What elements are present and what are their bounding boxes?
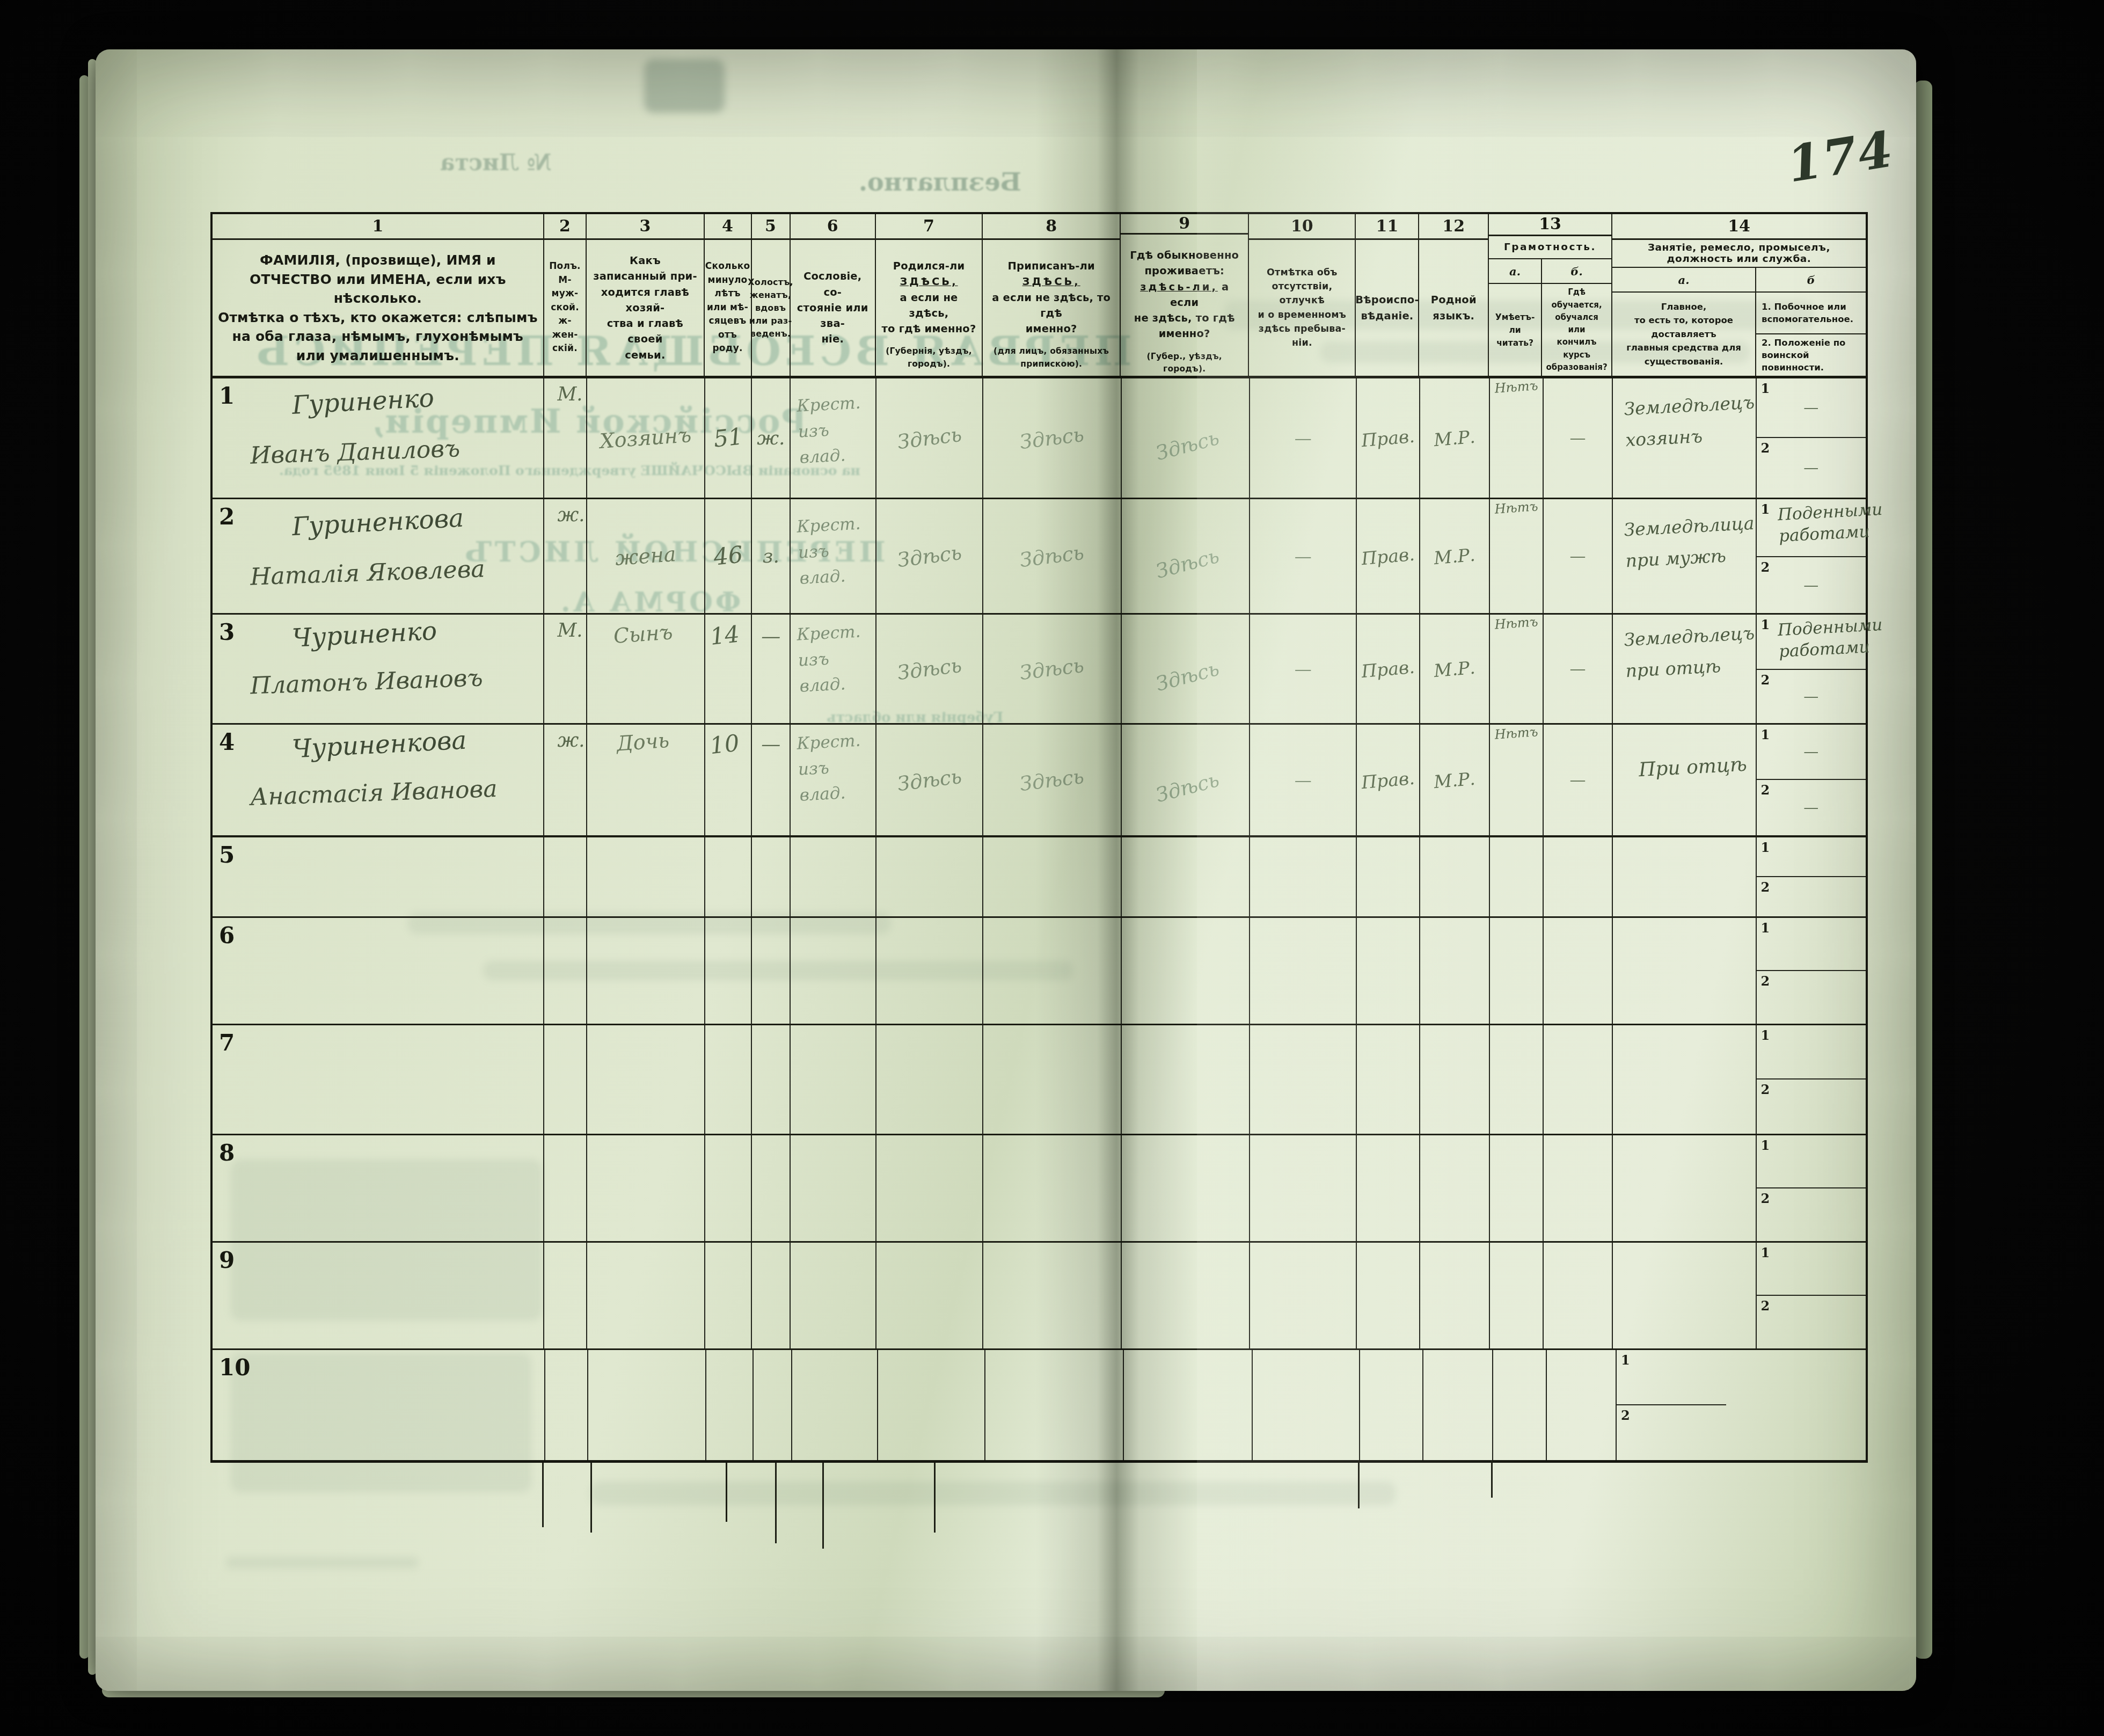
cell-estate — [791, 1025, 876, 1134]
absence-mark: — — [1250, 615, 1356, 723]
surname-handwritten: Гуриненко — [291, 383, 435, 420]
side-occupation-1: 1Поденными работами — [1757, 499, 1866, 556]
cell-registered — [983, 1135, 1121, 1241]
cell-relation: Сынъ — [587, 615, 705, 723]
cell-religion — [1357, 1135, 1420, 1241]
sub-label-2: 2 — [1621, 1407, 1630, 1423]
table-row: 9 1 2 — [213, 1243, 1866, 1350]
language-handwritten: М.Р. — [1415, 376, 1494, 500]
cell-sex: М. — [544, 615, 587, 723]
side1-handwritten: Поденными работами — [1777, 499, 1884, 548]
side2-mark: — — [1757, 780, 1866, 835]
cell-residence — [1122, 918, 1250, 1024]
cell-estate: Крест. изъ влад. — [791, 378, 876, 498]
header-col-estate: 6 Сословіе, со- стояніе или зва- ніе. — [791, 214, 876, 376]
cell-occupation-side: 1 2 — [1757, 1025, 1866, 1134]
cell-residence: Здѣсь — [1122, 615, 1250, 723]
occupation-b1: 1. Побочное или вспомогательное. — [1756, 293, 1866, 333]
side-occupation-1: 1— — [1757, 725, 1866, 780]
col-number-8: 8 — [983, 214, 1120, 240]
cell-occupation-main — [1613, 837, 1756, 916]
reads-handwritten: Нѣтъ — [1494, 614, 1538, 632]
cell-estate — [791, 1243, 876, 1348]
table-row: 2 Гуриненкова Наталія Яковлева ж. жена 4… — [213, 499, 1866, 615]
cell-occupation-main — [1613, 1025, 1756, 1134]
table-row: 8 1 2 — [213, 1135, 1866, 1243]
cell-age — [705, 1243, 753, 1348]
age-handwritten: 46 — [699, 497, 757, 615]
cell-education: — — [1544, 499, 1613, 613]
cell-name — [246, 1243, 545, 1348]
surname-handwritten: Чуриненко — [291, 616, 438, 653]
birthplace-handwritten: Здѣсь — [870, 609, 989, 730]
side-occupation-2: 2— — [1757, 669, 1866, 723]
occupation-b-label: б — [1756, 268, 1866, 293]
cell-education — [1544, 1135, 1613, 1241]
cell-reads: Нѣтъ — [1490, 378, 1544, 498]
cell-birthplace: Здѣсь — [876, 725, 983, 835]
cell-registered — [985, 1350, 1124, 1460]
occupation-a-text: Главное, то есть то, которое доставляетъ… — [1612, 293, 1755, 376]
cell-relation: жена — [587, 499, 705, 613]
side2-mark: — — [1757, 557, 1866, 613]
cell-language — [1420, 1135, 1490, 1241]
cell-education — [1544, 1243, 1613, 1348]
cell-estate — [791, 918, 876, 1024]
table-row: 10 1 2 — [213, 1350, 1866, 1460]
col-number-1: 1 — [213, 214, 543, 240]
header-col-sex: 2 Полъ. М-муж- ской. ж-жен- скій. — [544, 214, 587, 376]
cell-age — [705, 1025, 753, 1134]
row-number: 1 — [219, 383, 235, 409]
cell-registered: Здѣсь — [983, 378, 1121, 498]
col-number-13: 13 — [1489, 214, 1611, 236]
cell-occupation-side: 1 2 — [1757, 1243, 1866, 1348]
cell-religion — [1357, 1025, 1420, 1134]
cell-education — [1547, 1350, 1617, 1460]
cell-row-number: 8 — [213, 1135, 246, 1241]
col-label-age: Сколько минуло лѣтъ или мѣ- сяцевъ отъ р… — [705, 240, 751, 376]
row-number: 9 — [219, 1247, 235, 1273]
age-handwritten: 10 — [699, 723, 757, 837]
table-line-stub — [542, 1463, 544, 1527]
sub-label-1: 1 — [1761, 617, 1770, 632]
cell-sex — [544, 837, 587, 916]
age-handwritten: 14 — [699, 612, 756, 725]
cell-estate — [792, 1350, 878, 1460]
side-occupation-1: 1 — [1757, 1135, 1866, 1188]
cell-birthplace — [878, 1350, 985, 1460]
literacy-a-label: a. — [1489, 259, 1541, 284]
crest-bleed — [644, 59, 725, 113]
cell-age — [705, 1135, 753, 1241]
registered-handwritten: Здѣсь — [977, 717, 1127, 843]
sex-handwritten: ж. — [557, 505, 585, 526]
bleed-smudge — [225, 1557, 419, 1569]
cell-row-number: 10 — [213, 1350, 246, 1460]
cell-row-number: 6 — [213, 918, 246, 1024]
cell-absence — [1250, 1025, 1357, 1134]
cell-residence — [1122, 1243, 1250, 1348]
residence-handwritten: Здѣсь — [1112, 717, 1263, 857]
col-number-7: 7 — [876, 214, 982, 240]
cell-estate: Крест. изъ влад. — [791, 615, 876, 723]
side-occupation-1: 1— — [1757, 378, 1866, 438]
cell-residence: Здѣсь — [1122, 499, 1250, 613]
col-label-registered: Приписанъ-ли ЗДѢСЬ, а если не здѣсь, то … — [983, 240, 1120, 376]
cell-age — [705, 837, 753, 916]
cell-relation: Хозяинъ — [587, 378, 705, 498]
given-name-handwritten: Анастасія Иванова — [250, 775, 498, 811]
cell-occupation-main: Земледѣлица при мужѣ — [1613, 499, 1756, 613]
cell-name — [246, 837, 545, 916]
cell-occupation-main — [1613, 1135, 1756, 1241]
header-col-language: 12 Родной языкъ. — [1419, 214, 1489, 376]
birthplace-text: Родился-ли — [893, 260, 965, 272]
marital-handwritten: — — [752, 725, 790, 835]
cell-language — [1420, 1243, 1490, 1348]
sub-label-2: 2 — [1761, 879, 1770, 895]
cell-age — [706, 1350, 754, 1460]
header-col-literacy: 13 Грамотность. a. Умѣетъ- ли читать? б.… — [1489, 214, 1612, 376]
cell-marital — [752, 1135, 791, 1241]
cell-birthplace — [876, 837, 983, 916]
sub-label-2: 2 — [1761, 973, 1770, 989]
cell-language — [1423, 1350, 1493, 1460]
cell-name: Гуриненкова Наталія Яковлева — [246, 499, 545, 613]
cell-name: Чуриненкова Анастасія Иванова — [246, 725, 545, 835]
residence-handwritten: Здѣсь — [1111, 492, 1263, 634]
registered-handwritten: Здѣсь — [977, 370, 1127, 505]
cell-birthplace — [876, 918, 983, 1024]
marital-handwritten: ж. — [752, 378, 790, 498]
row-number: 8 — [219, 1140, 235, 1166]
reads-handwritten: Нѣтъ — [1494, 724, 1538, 742]
cell-occupation-side: 1Поденными работами 2— — [1757, 499, 1866, 613]
side-occupation-1: 1Поденными работами — [1757, 615, 1866, 669]
side2-mark: — — [1757, 438, 1866, 498]
cell-registered — [983, 837, 1121, 916]
education-mark: — — [1544, 499, 1612, 613]
col-label-language: Родной языкъ. — [1419, 240, 1488, 376]
table-line-stub — [590, 1463, 592, 1533]
cell-marital — [752, 837, 791, 916]
cell-occupation-side: 1 2 — [1757, 837, 1866, 916]
marital-handwritten: — — [752, 615, 790, 723]
occupation-b-text: 1. Побочное или вспомогательное. 2. Поло… — [1756, 293, 1866, 376]
registered-text: Приписанъ-ли — [1007, 260, 1094, 272]
col-number-2: 2 — [544, 214, 586, 240]
cell-education — [1544, 918, 1613, 1024]
col-number-5: 5 — [752, 214, 790, 240]
occupation-handwritten: Земледѣлица при мужѣ — [1623, 508, 1757, 577]
ghost-sheet-number-label: № Листа — [440, 149, 551, 176]
cell-occupation-main: При отцѣ — [1613, 725, 1756, 835]
cell-marital — [752, 1243, 791, 1348]
cell-occupation-side: 1 2 — [1617, 1350, 1726, 1460]
cell-language: М.Р. — [1420, 725, 1490, 835]
header-col-age: 4 Сколько минуло лѣтъ или мѣ- сяцевъ отъ… — [705, 214, 752, 376]
birthplace-rest: а если не здѣсь, то гдѣ именно? — [882, 291, 976, 335]
absence-mark: — — [1250, 725, 1356, 835]
occupation-handwritten: Земледѣлецъ хозяинъ — [1623, 387, 1757, 456]
side-occupation-2: 2 — [1617, 1405, 1726, 1461]
cell-relation — [587, 918, 705, 1024]
registered-handwritten: Здѣсь — [977, 607, 1127, 731]
table-row: 5 1 2 — [213, 837, 1866, 918]
cell-residence — [1122, 837, 1250, 916]
language-handwritten: М.Р. — [1415, 722, 1493, 838]
cell-occupation-side: 1 2 — [1757, 1135, 1866, 1241]
sub-label-2: 2 — [1761, 1298, 1770, 1314]
estate-handwritten: Крест. изъ влад. — [797, 389, 878, 470]
table-line-stub — [775, 1463, 777, 1543]
reads-handwritten: Нѣтъ — [1494, 499, 1538, 517]
header-col-birthplace: 7 Родился-ли ЗДѢСЬ, а если не здѣсь, то … — [876, 214, 983, 376]
cell-absence: — — [1250, 615, 1357, 723]
page-stack-edge-right — [1914, 81, 1932, 1659]
col-number-11: 11 — [1356, 214, 1418, 240]
header-col-relation: 3 Какъ записанный при- ходится главѣ хоз… — [587, 214, 704, 376]
cell-estate — [791, 837, 876, 916]
reads-handwritten: Нѣтъ — [1494, 378, 1538, 396]
cell-language — [1420, 837, 1490, 916]
header-col-absence: 10 Отмѣтка объ отсутствіи, отлучкѣ и о в… — [1249, 214, 1356, 376]
estate-handwritten: Крест. изъ влад. — [797, 727, 878, 808]
cell-registered — [983, 1243, 1121, 1348]
cell-education — [1544, 837, 1613, 916]
cell-education: — — [1544, 378, 1613, 498]
cell-residence — [1124, 1350, 1253, 1460]
cell-residence — [1122, 1025, 1250, 1134]
cell-marital: — — [752, 725, 791, 835]
age-handwritten: 51 — [699, 376, 757, 500]
table-row: 1 Гуриненко Иванъ Даниловъ М. Хозяинъ 51… — [213, 378, 1866, 499]
residence-handwritten: Здѣсь — [1111, 371, 1265, 520]
cell-sex: ж. — [544, 499, 587, 613]
side2-mark: — — [1757, 670, 1866, 723]
occupation-b2: 2. Положеніе по воинской повинности. — [1756, 334, 1866, 376]
row-number: 3 — [219, 619, 235, 645]
cell-age: 10 — [705, 725, 753, 835]
cell-name — [246, 1135, 545, 1241]
side-occupation-2: 2 — [1757, 1296, 1866, 1349]
cell-residence: Здѣсь — [1122, 378, 1250, 498]
cell-reads — [1490, 837, 1544, 916]
cell-marital — [752, 918, 791, 1024]
absence-mark: — — [1250, 378, 1356, 498]
table-row: 3 Чуриненко Платонъ Ивановъ М. Сынъ 14 —… — [213, 615, 1866, 725]
birthplace-note: (Губернія, уѣздъ, городъ). — [880, 345, 977, 370]
cell-row-number: 5 — [213, 837, 246, 916]
col-number-3: 3 — [587, 214, 703, 240]
col-label-birthplace: Родился-ли ЗДѢСЬ, а если не здѣсь, то гд… — [876, 240, 982, 376]
religion-handwritten: Прав. — [1353, 612, 1424, 725]
religion-handwritten: Прав. — [1352, 376, 1424, 500]
cell-relation — [588, 1350, 706, 1460]
cell-occupation-main — [1613, 1243, 1756, 1348]
sex-handwritten: М. — [557, 620, 582, 641]
surname-handwritten: Гуриненкова — [291, 504, 465, 542]
cell-occupation-side: 1— 2— — [1757, 378, 1866, 498]
religion-handwritten: Прав. — [1352, 497, 1424, 615]
sub-label-1: 1 — [1761, 840, 1770, 855]
cell-religion: Прав. — [1357, 725, 1420, 835]
cell-absence: — — [1250, 499, 1357, 613]
cell-education — [1544, 1025, 1613, 1134]
header-col-residence: 9 Гдѣ обыкновенно проживаетъ: здѣсь-ли, … — [1121, 214, 1249, 376]
cell-residence: Здѣсь — [1122, 725, 1250, 835]
residence-note: (Губер., уѣздъ, городъ). — [1125, 351, 1244, 376]
cell-language — [1420, 918, 1490, 1024]
cell-registered: Здѣсь — [983, 615, 1121, 723]
cell-registered — [983, 918, 1121, 1024]
occupation-title: Занятіе, ремесло, промыселъ, должность и… — [1612, 240, 1866, 268]
side1-handwritten: Поденными работами — [1777, 614, 1884, 663]
row-number: 5 — [219, 842, 235, 868]
col-label-estate: Сословіе, со- стояніе или зва- ніе. — [791, 240, 875, 376]
relation-handwritten: жена — [583, 495, 708, 617]
cell-reads — [1493, 1350, 1547, 1460]
col-label-residence: Гдѣ обыкновенно проживаетъ: здѣсь-ли, а … — [1121, 235, 1248, 378]
registered-note: (для лицъ, обязанныхъ припискою). — [987, 345, 1115, 370]
side-occupation-1: 1 — [1757, 837, 1866, 877]
cell-occupation-main: Земледѣлецъ хозяинъ — [1613, 378, 1756, 498]
cell-occupation-side: 1Поденными работами 2— — [1757, 615, 1866, 723]
cell-marital: з. — [752, 499, 791, 613]
cell-sex — [544, 1135, 587, 1241]
cell-birthplace — [876, 1135, 983, 1241]
cell-birthplace: Здѣсь — [876, 378, 983, 498]
ghost-free-of-charge: Безплатно. — [859, 167, 1021, 196]
cell-estate: Крест. изъ влад. — [791, 499, 876, 613]
residence-text: Гдѣ обыкновенно проживаетъ: — [1130, 249, 1239, 277]
cell-birthplace — [876, 1243, 983, 1348]
cell-registered: Здѣсь — [983, 499, 1121, 613]
table-row: 6 1 2 — [213, 918, 1866, 1025]
birthplace-handwritten: Здѣсь — [870, 373, 989, 504]
registered-rest: а если не здѣсь, то гдѣ именно? — [992, 291, 1111, 335]
header-col-registered: 8 Приписанъ-ли ЗДѢСЬ, а если не здѣсь, т… — [983, 214, 1121, 376]
bleed-smudge — [590, 1482, 1396, 1505]
estate-handwritten: Крест. изъ влад. — [797, 618, 878, 699]
cell-reads — [1490, 918, 1544, 1024]
col-number-10: 10 — [1249, 214, 1355, 240]
sub-label-1: 1 — [1761, 1027, 1770, 1043]
cell-language: М.Р. — [1420, 499, 1490, 613]
birthplace-handwritten: Здѣсь — [870, 719, 989, 842]
cell-registered — [983, 1025, 1121, 1134]
cell-row-number: 2 — [213, 499, 246, 613]
religion-handwritten: Прав. — [1353, 722, 1424, 837]
col-label-sex: Полъ. М-муж- ской. ж-жен- скій. — [544, 240, 586, 376]
literacy-b-label: б. — [1542, 259, 1611, 284]
side-occupation-2: 2— — [1757, 556, 1866, 613]
cell-sex: М. — [544, 378, 587, 498]
cell-age: 14 — [705, 615, 753, 723]
cell-occupation-side: 1— 2— — [1757, 725, 1866, 835]
education-mark: — — [1544, 378, 1612, 498]
col-number-14: 14 — [1612, 214, 1866, 240]
cell-reads — [1490, 1135, 1544, 1241]
cell-marital — [752, 1025, 791, 1134]
cell-name: Чуриненко Платонъ Ивановъ — [246, 615, 545, 723]
row-number: 6 — [219, 922, 235, 949]
col-label-absence: Отмѣтка объ отсутствіи, отлучкѣ и о врем… — [1249, 240, 1355, 376]
cell-occupation-main: Земледѣлецъ при отцѣ — [1613, 615, 1756, 723]
cell-absence — [1250, 837, 1357, 916]
cell-sex — [545, 1350, 588, 1460]
side-occupation-1: 1 — [1757, 1243, 1866, 1296]
cell-age: 51 — [705, 378, 753, 498]
cell-absence — [1253, 1350, 1360, 1460]
cell-sex — [544, 1243, 587, 1348]
table-row: 7 1 2 — [213, 1025, 1866, 1135]
estate-handwritten: Крест. изъ влад. — [797, 510, 878, 591]
registered-handwritten: Здѣсь — [977, 491, 1127, 621]
sub-label-1: 1 — [1761, 1137, 1770, 1153]
language-handwritten: М.Р. — [1416, 612, 1494, 726]
cell-reads: Нѣтъ — [1490, 499, 1544, 613]
side1-mark: — — [1757, 378, 1866, 437]
side-occupation-1: 1 — [1617, 1350, 1726, 1405]
col-label-relation: Какъ записанный при- ходится главѣ хозяй… — [587, 240, 703, 376]
cell-sex — [544, 1025, 587, 1134]
cell-name: Гуриненко Иванъ Даниловъ — [246, 378, 545, 498]
cell-religion — [1357, 918, 1420, 1024]
header-col-name: 1 ФАМИЛІЯ, (прозвище), ИМЯ и ОТЧЕСТВО ил… — [213, 214, 544, 376]
cell-absence — [1250, 1135, 1357, 1241]
occupation-a-label: a. — [1612, 268, 1755, 293]
cell-estate — [791, 1135, 876, 1241]
table-line-stub — [822, 1463, 824, 1549]
cell-absence: — — [1250, 378, 1357, 498]
table-line-stub — [1491, 1460, 1493, 1498]
cell-education: — — [1544, 615, 1613, 723]
col-number-9: 9 — [1121, 214, 1248, 235]
cell-birthplace: Здѣсь — [876, 499, 983, 613]
relation-handwritten: Дочь — [583, 721, 707, 840]
side-occupation-1: 1 — [1757, 1025, 1866, 1079]
cell-relation: Дочь — [587, 725, 705, 835]
row-number: 7 — [219, 1030, 235, 1056]
table-line-stub — [934, 1463, 936, 1533]
cell-age — [705, 918, 753, 1024]
header-col-marital: 5 Холостъ, женатъ, вдовъ или раз- веденъ… — [752, 214, 791, 376]
registered-here: ЗДѢСЬ, — [1022, 275, 1080, 288]
cell-reads: Нѣтъ — [1490, 615, 1544, 723]
cell-sex — [544, 918, 587, 1024]
side-occupation-2: 2 — [1757, 1188, 1866, 1242]
literacy-title: Грамотность. — [1489, 236, 1611, 260]
cell-religion: Прав. — [1357, 499, 1420, 613]
cell-absence: — — [1250, 725, 1357, 835]
cell-name — [246, 1025, 545, 1134]
side-occupation-1: 1 — [1757, 918, 1866, 971]
occupation-handwritten: Земледѣлецъ при отцѣ — [1623, 618, 1757, 687]
col-label-religion: Вѣроиспо- вѣданіе. — [1356, 240, 1418, 376]
education-mark: — — [1544, 615, 1612, 723]
cell-religion — [1357, 1243, 1420, 1348]
header-col-occupation: 14 Занятіе, ремесло, промыселъ, должност… — [1612, 214, 1866, 376]
side-occupation-2: 2 — [1757, 971, 1866, 1024]
table-row: 4 Чуриненкова Анастасія Иванова ж. Дочь … — [213, 725, 1866, 837]
cell-birthplace: Здѣсь — [876, 615, 983, 723]
cell-name — [246, 1350, 545, 1460]
sex-handwritten: ж. — [557, 730, 585, 752]
cell-language: М.Р. — [1420, 615, 1490, 723]
cell-row-number: 1 — [213, 378, 246, 498]
